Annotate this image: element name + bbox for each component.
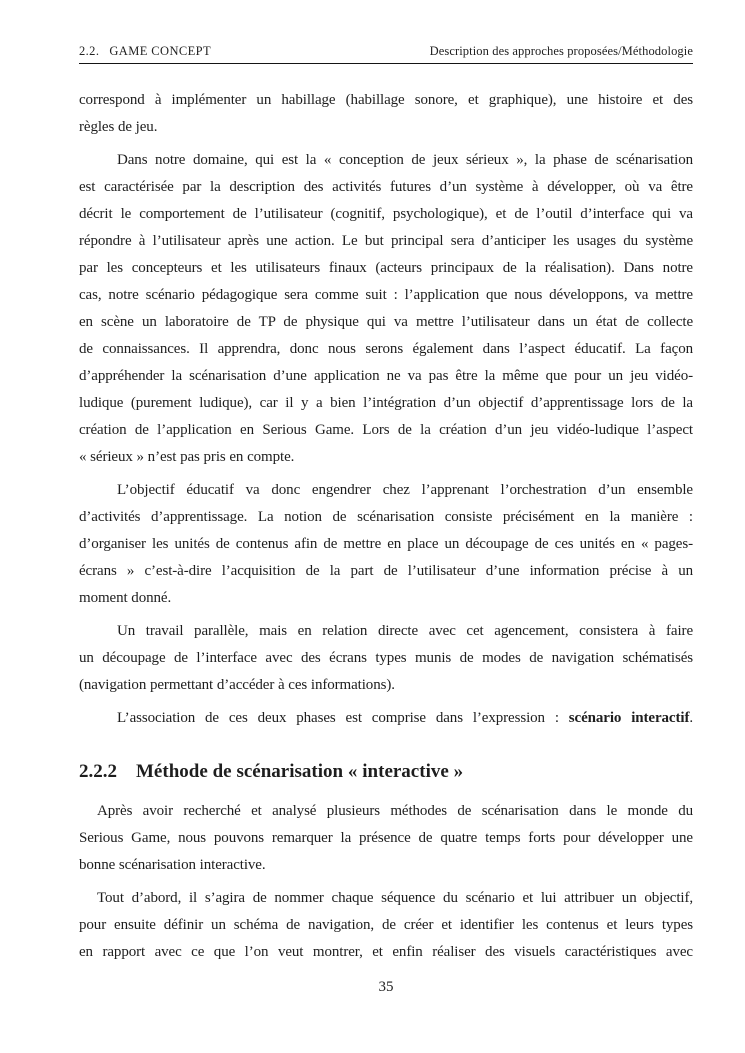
paragraph: Après avoir recherché et analysé plusieu… bbox=[79, 798, 693, 879]
running-header: 2.2.GAME CONCEPT Description des approch… bbox=[79, 44, 693, 59]
section-heading-number: 2.2.2 bbox=[79, 761, 117, 782]
text-segment: L’association de ces deux phases est com… bbox=[117, 710, 569, 726]
text-line: « sérieux » n’est pas pris en compte. bbox=[79, 444, 693, 471]
text-line: d’appréhender la scénarisation d’une app… bbox=[79, 363, 693, 390]
text-line: Tout d’abord, il s’agira de nommer chaqu… bbox=[79, 885, 693, 912]
paragraph: Tout d’abord, il s’agira de nommer chaqu… bbox=[79, 885, 693, 966]
text-line: répondre à l’utilisateur après une actio… bbox=[79, 228, 693, 255]
document-page: 2.2.GAME CONCEPT Description des approch… bbox=[0, 0, 745, 1053]
paragraph: Dans notre domaine, qui est la « concept… bbox=[79, 147, 693, 471]
header-section-mark: 2.2.GAME CONCEPT bbox=[79, 44, 211, 59]
page-number: 35 bbox=[379, 979, 394, 995]
text-line: en scène un laboratoire de TP de physiqu… bbox=[79, 309, 693, 336]
text-line: d’organiser les unités de contenus afin … bbox=[79, 531, 693, 558]
section-heading-title: Méthode de scénarisation « interactive » bbox=[136, 761, 463, 782]
text-line: par les concepteurs et les utilisateurs … bbox=[79, 255, 693, 282]
text-line: création de l’application en Serious Gam… bbox=[79, 417, 693, 444]
text-line: un découpage de l’interface avec des écr… bbox=[79, 645, 693, 672]
section-heading: 2.2.2Méthode de scénarisation « interact… bbox=[79, 758, 693, 785]
text-line: pour ensuite définir un schéma de naviga… bbox=[79, 912, 693, 939]
paragraph: L’objectif éducatif va donc engendrer ch… bbox=[79, 477, 693, 612]
text-line: en rapport avec ce que l’on veut montrer… bbox=[79, 939, 693, 966]
text-line: règles de jeu. bbox=[79, 114, 693, 141]
text-line: décrit le comportement de l’utilisateur … bbox=[79, 201, 693, 228]
text-line: L’association de ces deux phases est com… bbox=[79, 705, 693, 732]
text-line: Après avoir recherché et analysé plusieu… bbox=[79, 798, 693, 825]
document-body: correspond à implémenter un habillage (h… bbox=[79, 87, 693, 966]
paragraph: Un travail parallèle, mais en relation d… bbox=[79, 618, 693, 699]
text-line: correspond à implémenter un habillage (h… bbox=[79, 87, 693, 114]
text-line: Un travail parallèle, mais en relation d… bbox=[79, 618, 693, 645]
text-line: de connaissances. Il apprendra, donc nou… bbox=[79, 336, 693, 363]
page-footer: 35 bbox=[79, 979, 693, 996]
text-line: bonne scénarisation interactive. bbox=[79, 852, 693, 879]
text-line: ludique (purement ludique), car il y a b… bbox=[79, 390, 693, 417]
paragraph: correspond à implémenter un habillage (h… bbox=[79, 87, 693, 141]
text-column: 2.2.GAME CONCEPT Description des approch… bbox=[79, 44, 693, 972]
text-line: L’objectif éducatif va donc engendrer ch… bbox=[79, 477, 693, 504]
bold-text: scénario interactif bbox=[569, 710, 690, 726]
header-section-title: GAME CONCEPT bbox=[109, 44, 211, 58]
text-line: moment donné. bbox=[79, 585, 693, 612]
text-line: cas, notre scénario pédagogique sera com… bbox=[79, 282, 693, 309]
header-chapter-mark: Description des approches proposées/Méth… bbox=[430, 44, 693, 59]
text-line: (navigation permettant d’accéder à ces i… bbox=[79, 672, 693, 699]
text-line: écrans » c’est-à-dire l’acquisition de l… bbox=[79, 558, 693, 585]
header-rule bbox=[79, 63, 693, 64]
paragraph: L’association de ces deux phases est com… bbox=[79, 705, 693, 732]
text-line: est caractérisée par la description des … bbox=[79, 174, 693, 201]
text-line: Serious Game, nous pouvons remarquer la … bbox=[79, 825, 693, 852]
text-line: d’activités d’apprentissage. La notion d… bbox=[79, 504, 693, 531]
text-line: Dans notre domaine, qui est la « concept… bbox=[79, 147, 693, 174]
text-segment: . bbox=[689, 710, 693, 726]
header-section-number: 2.2. bbox=[79, 44, 99, 58]
